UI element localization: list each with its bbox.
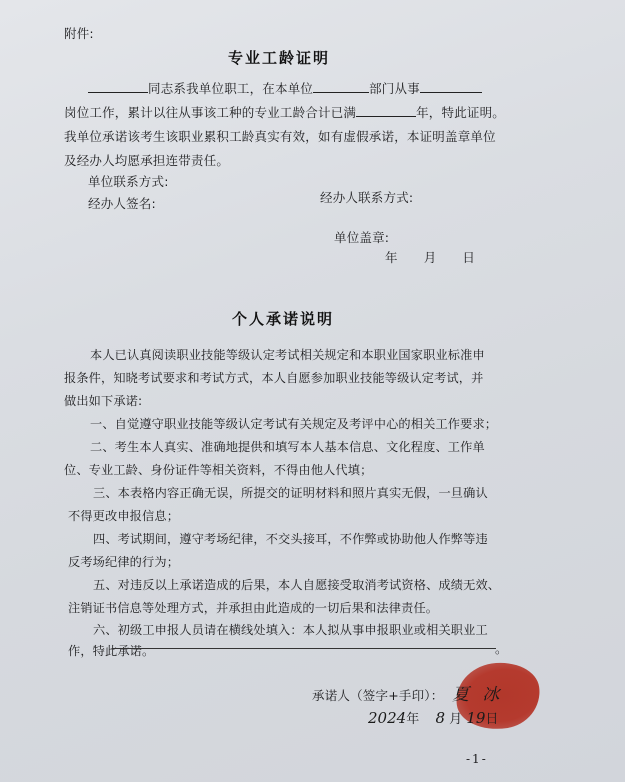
attachment-label: 附件: xyxy=(64,24,94,42)
date-day-label: 日 xyxy=(462,250,475,265)
signer-signature: 夏 冰 xyxy=(452,680,503,705)
pledge-item-5: 五、对违反以上承诺造成的后果，本人自愿接受取消考试资格、成绩无效、 xyxy=(93,574,500,597)
signed-year: 2024 xyxy=(368,709,406,727)
certificate-line-1: 同志系我单位职工，在本单位部门从事 xyxy=(88,79,482,97)
signed-date: 2024年 8 月 19日 xyxy=(368,708,498,727)
handler-signature-label: 经办人签名: xyxy=(88,194,156,212)
signed-month: 8 xyxy=(435,709,445,727)
position-blank[interactable] xyxy=(420,80,482,93)
occupation-fill-line[interactable] xyxy=(112,648,496,649)
handler-contact-label: 经办人联系方式: xyxy=(320,188,413,206)
certificate-line-3: 我单位承诺该考生该职业累积工龄真实有效，如有虚假承诺，本证明盖章单位 xyxy=(64,127,496,145)
certificate-date: 年月日 xyxy=(385,248,475,266)
pledge-item-2: 二、考生本人真实、准确地提供和填写本人基本信息、文化程度、工作单 xyxy=(90,436,485,459)
pledge-item-6-cont: 作，特此承诺。 xyxy=(68,640,154,663)
fill-line-end-mark: 。 xyxy=(495,639,508,657)
certificate-line-4: 及经办人均愿承担连带责任。 xyxy=(64,151,229,169)
signer-label: 承诺人（签字+手印）： xyxy=(312,686,443,704)
pledge-item-3-cont: 不得更改申报信息； xyxy=(68,505,179,528)
page-number: -1- xyxy=(466,752,488,766)
pledge-line: 本人已认真阅读职业技能等级认定考试相关规定和本职业国家职业标准申 xyxy=(90,344,485,367)
department-blank[interactable] xyxy=(313,80,369,93)
certificate-title: 专业工龄证明 xyxy=(228,47,330,68)
pledge-item-2-cont: 位、专业工龄、身份证件等相关资料，不得由他人代填； xyxy=(64,459,372,482)
pledge-title: 个人承诺说明 xyxy=(232,308,334,329)
pledge-line: 报条件，知晓考试要求和考试方式，本人自愿参加职业技能等级认定考试，并 xyxy=(64,367,483,390)
certificate-line-2: 岗位工作，累计以往从事该工种的专业工龄合计已满年，特此证明。 xyxy=(64,103,505,121)
unit-seal-label: 单位盖章: xyxy=(334,228,389,246)
signed-day: 19 xyxy=(466,709,485,727)
years-blank[interactable] xyxy=(356,104,416,117)
pledge-item-1: 一、自觉遵守职业技能等级认定考试有关规定及考评中心的相关工作要求； xyxy=(90,413,497,436)
pledge-line: 做出如下承诺: xyxy=(64,390,142,413)
pledge-item-4-cont: 反考场纪律的行为； xyxy=(68,551,179,574)
pledge-item-6: 六、初级工申报人员请在横线处填入：本人拟从事申报职业或相关职业工 xyxy=(93,619,488,642)
date-year-label: 年 xyxy=(385,250,398,265)
pledge-item-3: 三、本表格内容正确无误，所提交的证明材料和照片真实无假，一旦确认 xyxy=(93,482,488,505)
name-blank[interactable] xyxy=(88,80,148,93)
document-page: 附件: 专业工龄证明 同志系我单位职工，在本单位部门从事 岗位工作，累计以往从事… xyxy=(0,0,625,782)
date-month-label: 月 xyxy=(424,250,437,265)
unit-contact-label: 单位联系方式: xyxy=(88,172,169,190)
pledge-item-5-cont: 注销证书信息等处理方式，并承担由此造成的一切后果和法律责任。 xyxy=(68,597,438,620)
pledge-item-4: 四、考试期间，遵守考场纪律，不交头接耳，不作弊或协助他人作弊等违 xyxy=(93,528,488,551)
